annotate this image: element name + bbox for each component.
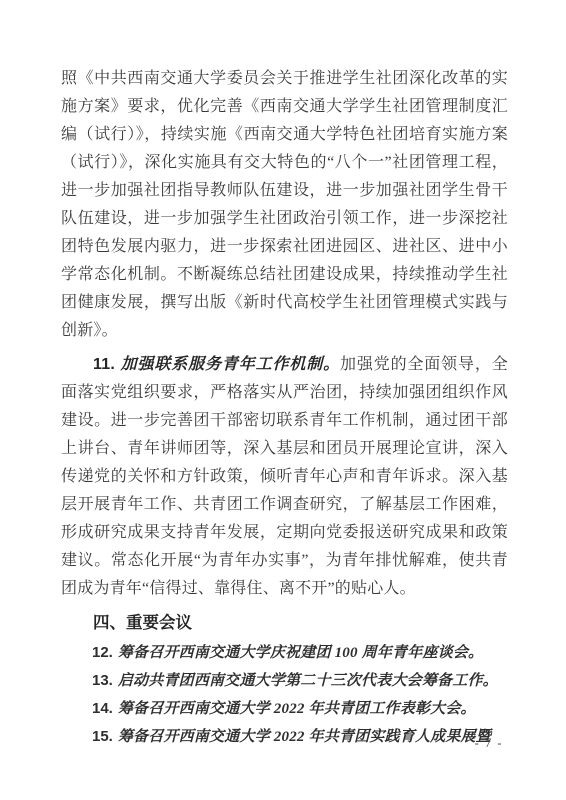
meeting-item-15-text: 筹备召开西南交通大学 2022 年共青团实践育人成果展暨 — [118, 729, 491, 745]
item-11-number: 11. — [93, 356, 115, 373]
document-page: 照《中共西南交通大学委员会关于推进学生社团深化改革的实施方案》要求，优化完善《西… — [0, 0, 566, 800]
meeting-item-14-number: 14. — [92, 700, 113, 717]
item-11-title: 加强联系服务青年工作机制。 — [120, 356, 340, 373]
meeting-item-15-number: 15. — [92, 728, 113, 745]
section-heading-important-meetings: 四、重要会议 — [61, 609, 508, 637]
meeting-item-15: 15.筹备召开西南交通大学 2022 年共青团实践育人成果展暨 — [61, 723, 508, 751]
meeting-item-13: 13.启动共青团西南交通大学第二十三次代表大会筹备工作。 — [61, 667, 508, 695]
page-content: 照《中共西南交通大学委员会关于推进学生社团深化改革的实施方案》要求，优化完善《西… — [61, 65, 508, 751]
meeting-item-13-number: 13. — [92, 672, 113, 689]
page-number: - 7 - — [475, 736, 503, 751]
meeting-items-list: 12.筹备召开西南交通大学庆祝建团 100 周年青年座谈会。 13.启动共青团西… — [61, 639, 508, 751]
body-paragraph-continued: 照《中共西南交通大学委员会关于推进学生社团深化改革的实施方案》要求，优化完善《西… — [61, 65, 508, 345]
body-paragraph-item-11: 11.加强联系服务青年工作机制。加强党的全面领导，全面落实党组织要求，严格落实从… — [61, 351, 508, 603]
meeting-item-14: 14.筹备召开西南交通大学 2022 年共青团工作表彰大会。 — [61, 695, 508, 723]
meeting-item-13-text: 启动共青团西南交通大学第二十三次代表大会筹备工作。 — [118, 673, 498, 689]
meeting-item-14-text: 筹备召开西南交通大学 2022 年共青团工作表彰大会。 — [118, 701, 476, 717]
meeting-item-12: 12.筹备召开西南交通大学庆祝建团 100 周年青年座谈会。 — [61, 639, 508, 667]
meeting-item-12-number: 12. — [92, 644, 113, 661]
meeting-item-12-text: 筹备召开西南交通大学庆祝建团 100 周年青年座谈会。 — [118, 645, 483, 661]
item-11-body: 加强党的全面领导，全面落实党组织要求，严格落实从严治团，持续加强团组织作风建设。… — [61, 356, 508, 597]
